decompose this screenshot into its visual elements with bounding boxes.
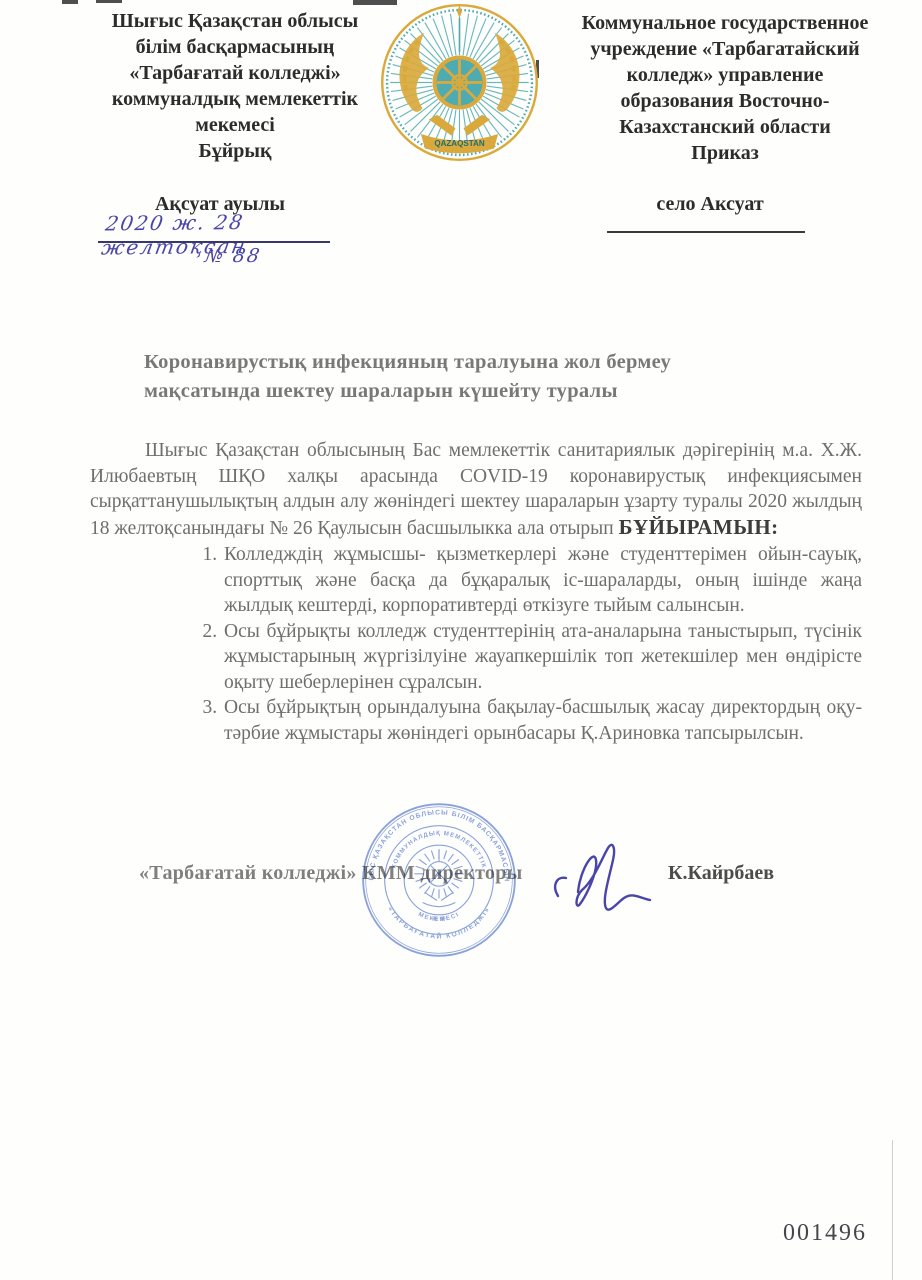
header-kazakh: Шығыс Қазақстан облысы білім басқармасын… [85,8,385,164]
order-item: Осы бұйрықты колледж студенттерінің ата-… [222,619,862,696]
scan-artifact [96,0,122,3]
document-page: Шығыс Қазақстан облысы білім басқармасын… [0,0,922,1280]
order-title-line: Коронавирустық инфекцияның таралуына жол… [144,348,744,377]
header-kazakh-line: Бұйрық [85,138,385,164]
header-russian-line: учреждение «Тарбагатайский [560,36,890,62]
header-kazakh-line: мекемесі [85,112,385,138]
header-russian: Коммунальное государственное учреждение … [560,10,890,166]
order-title: Коронавирустық инфекцияның таралуына жол… [144,348,744,406]
scan-edge-shadow [892,1140,893,1280]
order-body: Шығыс Қазақстан облысының Бас мемлекетті… [90,438,862,746]
header-kazakh-line: Шығыс Қазақстан облысы [85,8,385,34]
stamp-outer-bottom-text: «ТАРБАҒАТАЙ КОЛЛЕДЖІ» [386,906,492,941]
header-russian-line: Казахстанский области [560,114,890,140]
header-kazakh-line: білім басқармасының [85,34,385,60]
order-item: Колледждің жұмысшы- қызметкерлері және с… [222,542,862,619]
order-word: БҰЙЫРАМЫН: [619,515,779,539]
header-kazakh-line: коммуналдық мемлекеттік [85,86,385,112]
stamp-outer-top-text: ШЫҒЫС ҚАЗАҚСТАН ОБЛЫСЫ БІЛІМ БАСҚАРМАСЫН… [357,798,510,882]
blank-date-line [607,231,805,233]
handwritten-order-number: № 88 [203,245,263,267]
order-item: Осы бұйрықтың орындалуына бақылау-басшыл… [222,695,862,746]
signature-name: К.Кайрбаев [668,862,774,885]
order-intro-paragraph: Шығыс Қазақстан облысының Бас мемлекетті… [90,438,862,541]
header-kazakh-line: «Тарбағатай колледжі» [85,60,385,86]
svg-text:«ТАРБАҒАТАЙ КОЛЛЕДЖІ»: «ТАРБАҒАТАЙ КОЛЛЕДЖІ» [386,906,492,941]
kazakhstan-emblem-icon: QAZAQSTAN [379,2,540,163]
header-russian-line: Коммунальное государственное [560,10,890,36]
svg-text:ШЫҒЫС ҚАЗАҚСТАН ОБЛЫСЫ БІЛІМ Б: ШЫҒЫС ҚАЗАҚСТАН ОБЛЫСЫ БІЛІМ БАСҚАРМАСЫН… [357,798,510,882]
handwritten-signature-icon [548,838,660,938]
place-russian: село Аксуат [640,193,780,216]
scan-artifact [62,0,78,4]
emblem-banner-text: QAZAQSTAN [434,139,485,148]
stamp-stars: ✳ ✳ [432,915,446,923]
header-russian-line: Приказ [560,140,890,166]
header-russian-line: колледж» управление [560,62,890,88]
official-round-stamp: ШЫҒЫС ҚАЗАҚСТАН ОБЛЫСЫ БІЛІМ БАСҚАРМАСЫН… [357,798,521,962]
date-underline [98,241,330,243]
order-items: Колледждің жұмысшы- қызметкерлері және с… [90,542,862,746]
page-number-stamp: 001496 [783,1220,867,1247]
header-russian-line: образования Восточно- [560,88,890,114]
order-title-line: мақсатында шектеу шараларын күшейту тура… [144,377,744,406]
